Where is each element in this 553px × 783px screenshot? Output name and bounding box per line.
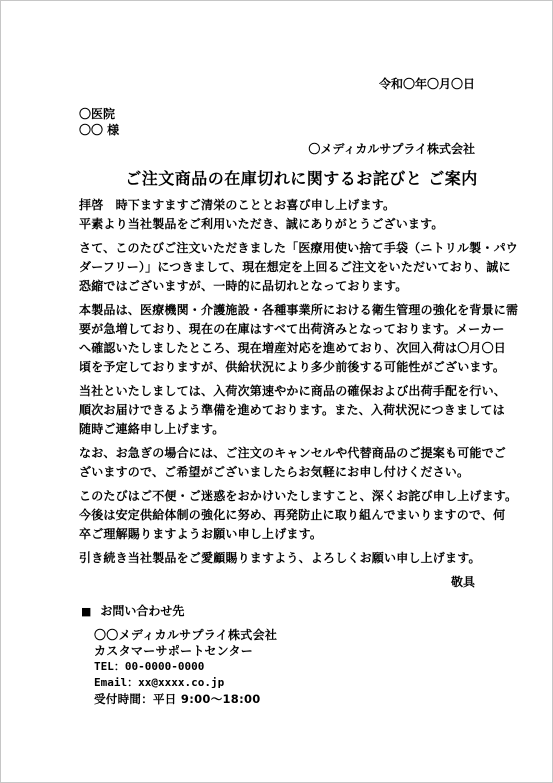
- text-line: なお、お急ぎの場合には、ご注文のキャンセルや代替商品のご提案も可能でご: [79, 444, 524, 463]
- recipient-block: 〇医院 〇〇 様: [79, 106, 524, 138]
- recipient-name: 〇医院: [79, 106, 524, 122]
- text-line: 拝啓 時下ますますご清栄のこととお喜び申し上げます。: [79, 196, 524, 215]
- letter-page: 令和〇年〇月〇日 〇医院 〇〇 様 〇メディカルサプライ株式会社 ご注文商品の在…: [0, 0, 553, 783]
- text-line: さて、このたびご注文いただきました「医療用使い捨て手袋（ニトリル製・パウ: [79, 239, 524, 258]
- paragraph-apology: このたびはご不便・ご迷惑をおかけいたしますこと、深くお詫び申し上げます。 今後は…: [79, 487, 524, 544]
- text-line: 本製品は、医療機関・介護施設・各種事業所における衛生管理の強化を背景に需: [79, 301, 524, 320]
- text-line: ざいますので、ご希望がございましたらお気軽にお申し付けください。: [79, 463, 524, 482]
- text-line: 頃を予定しておりますが、供給状況により多少前後する可能性がございます。: [79, 358, 524, 377]
- text-line: 随時ご連絡申し上げます。: [79, 420, 524, 439]
- paragraph-restock-schedule: 本製品は、医療機関・介護施設・各種事業所における衛生管理の強化を背景に需 要が急…: [79, 301, 524, 377]
- text-line: 今後は安定供給体制の強化に努め、再発防止に取り組んでまいりますので、何: [79, 506, 524, 525]
- contact-hours: 受付時間：平日 9:00～18:00: [94, 691, 524, 707]
- contact-phone: TEL：00-0000-0000: [94, 659, 524, 675]
- paragraph-greeting: 拝啓 時下ますますご清栄のこととお喜び申し上げます。 平素より当社製品をご利用い…: [79, 196, 524, 234]
- closing-keigu: 敬具: [79, 573, 524, 592]
- text-line: 平素より当社製品をご利用いただき、誠にありがとうございます。: [79, 215, 524, 234]
- contact-department: カスタマーサポートセンター: [94, 643, 524, 659]
- paragraph-shipping-plan: 当社といたしましては、入荷次第速やかに商品の確保および出荷手配を行い、 順次お届…: [79, 382, 524, 439]
- text-line: 引き続き当社製品をご愛顧賜りますよう、よろしくお願い申し上げます。: [79, 549, 524, 568]
- contact-email: Email：xx@xxxx.co.jp: [94, 675, 524, 691]
- text-line: 卒ご理解賜りますようお願い申し上げます。: [79, 525, 524, 544]
- paragraph-stockout-notice: さて、このたびご注文いただきました「医療用使い捨て手袋（ニトリル製・パウ ダーフ…: [79, 239, 524, 296]
- contact-company: 〇〇メディカルサプライ株式会社: [94, 627, 524, 643]
- text-line: へ確認いたしましたところ、現在増産対応を進めており、次回入荷は〇月〇日: [79, 339, 524, 358]
- sender-company: 〇メディカルサプライ株式会社: [79, 141, 524, 157]
- contact-section: ■お問い合わせ先 〇〇メディカルサプライ株式会社 カスタマーサポートセンター T…: [79, 602, 524, 707]
- paragraph-cancel-option: なお、お急ぎの場合には、ご注文のキャンセルや代替商品のご提案も可能でご ざいます…: [79, 444, 524, 482]
- letter-title: ご注文商品の在庫切れに関するお詫びと ご案内: [79, 169, 524, 189]
- text-line: 恐縮ではございますが、一時的に品切れとなっております。: [79, 277, 524, 296]
- paragraph-thanks: 引き続き当社製品をご愛顧賜りますよう、よろしくお願い申し上げます。: [79, 549, 524, 568]
- contact-heading: ■お問い合わせ先: [81, 602, 524, 621]
- text-line: ダーフリー）」につきまして、現在想定を上回るご注文をいただいており、誠に: [79, 258, 524, 277]
- text-line: このたびはご不便・ご迷惑をおかけいたしますこと、深くお詫び申し上げます。: [79, 487, 524, 506]
- recipient-honorific: 〇〇 様: [79, 122, 524, 138]
- text-line: 順次お届けできるよう準備を進めております。また、入荷状況につきましては: [79, 401, 524, 420]
- text-line: 要が急増しており、現在の在庫はすべて出荷済みとなっております。メーカー: [79, 320, 524, 339]
- contact-heading-label: お問い合わせ先: [100, 604, 184, 618]
- letter-body: 拝啓 時下ますますご清栄のこととお喜び申し上げます。 平素より当社製品をご利用い…: [79, 196, 524, 568]
- text-line: 当社といたしましては、入荷次第速やかに商品の確保および出荷手配を行い、: [79, 382, 524, 401]
- square-bullet-icon: ■: [81, 602, 91, 621]
- letter-date: 令和〇年〇月〇日: [79, 77, 524, 91]
- contact-details: 〇〇メディカルサプライ株式会社 カスタマーサポートセンター TEL：00-000…: [94, 627, 524, 707]
